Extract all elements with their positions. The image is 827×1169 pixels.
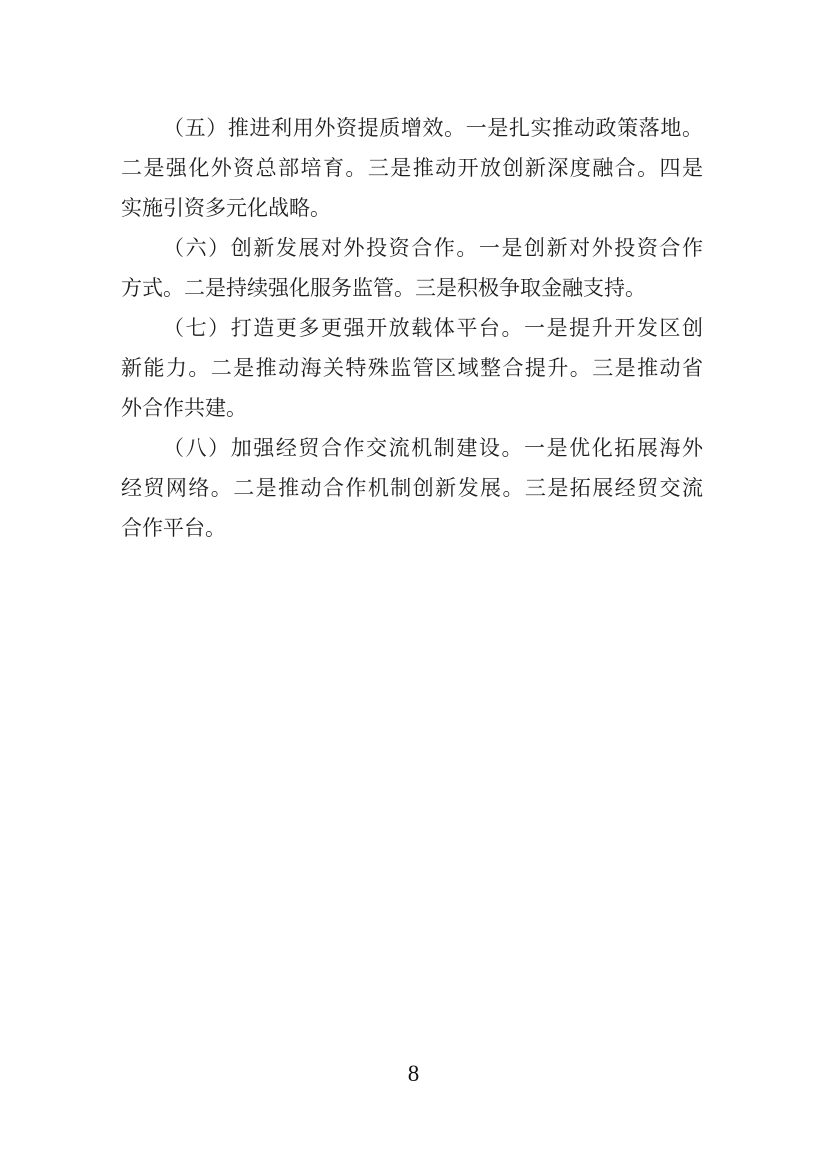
paragraph: （七）打造更多更强开放载体平台。一是提升开发区创新能力。二是推动海关特殊监管区域… (121, 308, 703, 428)
text-line: 方式。二是持续强化服务监管。三是积极争取金融支持。 (121, 268, 703, 308)
text-line: 实施引资多元化战略。 (121, 188, 703, 228)
text-line: （八）加强经贸合作交流机制建设。一是优化拓展海外 (121, 428, 703, 468)
text-line: （七）打造更多更强开放载体平台。一是提升开发区创 (121, 308, 703, 348)
text-line: 经贸网络。二是推动合作机制创新发展。三是拓展经贸交流 (121, 468, 703, 508)
paragraph: （八）加强经贸合作交流机制建设。一是优化拓展海外经贸网络。二是推动合作机制创新发… (121, 428, 703, 548)
page-number: 8 (0, 1061, 827, 1087)
document-page: （五）推进利用外资提质增效。一是扎实推动政策落地。二是强化外资总部培育。三是推动… (0, 0, 827, 1169)
text-line: 合作平台。 (121, 508, 703, 548)
text-line: （五）推进利用外资提质增效。一是扎实推动政策落地。 (121, 108, 703, 148)
text-line: 新能力。二是推动海关特殊监管区域整合提升。三是推动省 (121, 348, 703, 388)
paragraph: （六）创新发展对外投资合作。一是创新对外投资合作方式。二是持续强化服务监管。三是… (121, 228, 703, 308)
paragraph: （五）推进利用外资提质增效。一是扎实推动政策落地。二是强化外资总部培育。三是推动… (121, 108, 703, 228)
text-line: 二是强化外资总部培育。三是推动开放创新深度融合。四是 (121, 148, 703, 188)
document-body: （五）推进利用外资提质增效。一是扎实推动政策落地。二是强化外资总部培育。三是推动… (121, 108, 703, 548)
text-line: 外合作共建。 (121, 388, 703, 428)
text-line: （六）创新发展对外投资合作。一是创新对外投资合作 (121, 228, 703, 268)
